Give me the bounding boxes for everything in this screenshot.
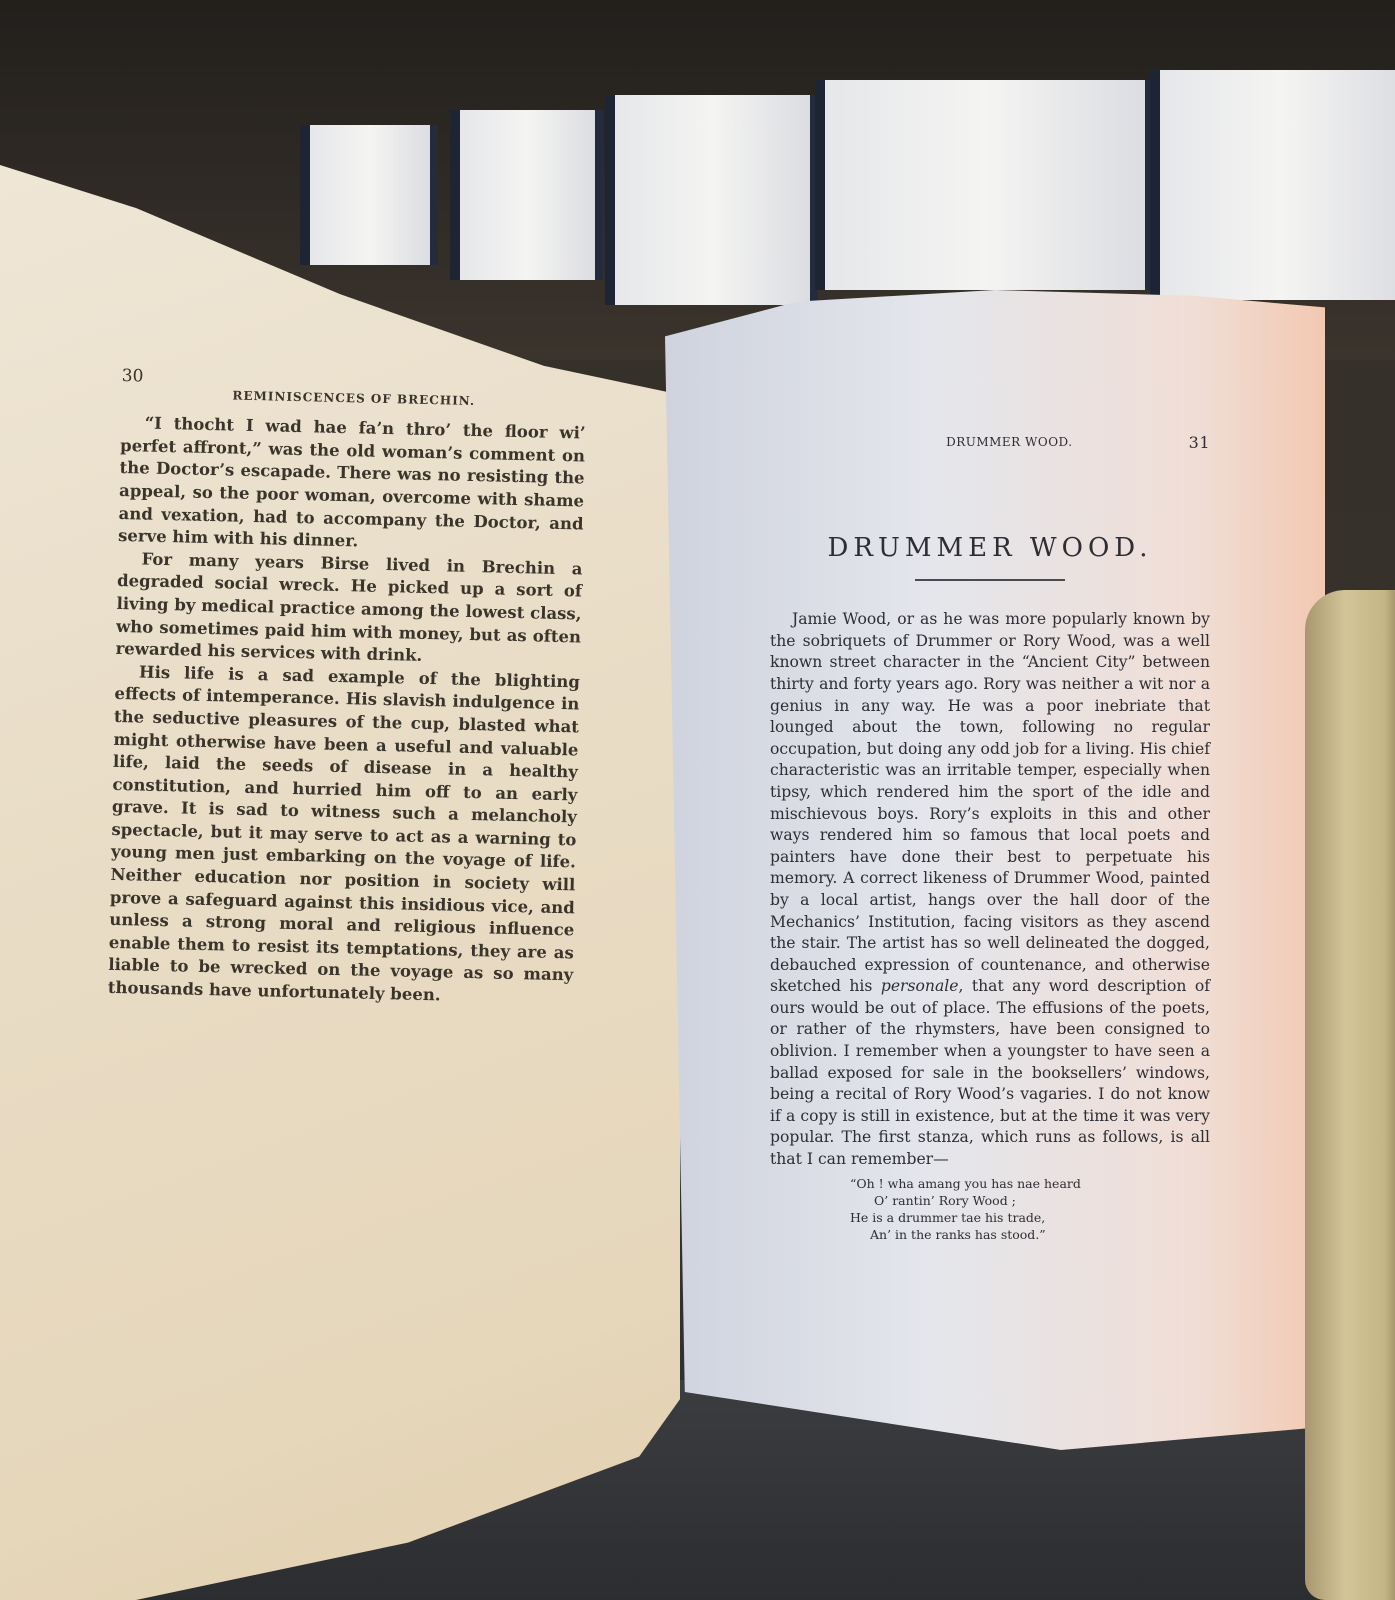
paragraph: Jamie Wood, or as he was more popularly … bbox=[770, 609, 1210, 1170]
verse-line: He is a drummer tae his trade, bbox=[850, 1209, 1210, 1226]
running-head-right: DRUMMER WOOD. bbox=[946, 432, 1072, 454]
page-number-right: 31 bbox=[1189, 432, 1210, 454]
left-page-text: 30 REMINISCENCES OF BRECHIN. “I thocht I… bbox=[108, 365, 587, 1010]
title-rule bbox=[915, 579, 1065, 581]
background-book-1 bbox=[300, 125, 438, 265]
background-book-3 bbox=[605, 95, 818, 305]
verse-stanza: “Oh ! wha amang you has nae heard O’ ran… bbox=[850, 1175, 1210, 1243]
right-page-text: DRUMMER WOOD. 31 DRUMMER WOOD. Jamie Woo… bbox=[770, 432, 1210, 1243]
page-header-right: DRUMMER WOOD. 31 bbox=[770, 432, 1210, 454]
paragraph: For many years Birse lived in Brechin a … bbox=[115, 548, 582, 671]
background-book-2 bbox=[450, 110, 603, 280]
italic-word: personale bbox=[881, 977, 959, 995]
verse-line: O’ rantin’ Rory Wood ; bbox=[850, 1192, 1210, 1209]
background-book-4 bbox=[815, 80, 1153, 290]
paragraph: “I thocht I wad hae fa’n thro’ the floor… bbox=[118, 412, 586, 558]
verse-line: “Oh ! wha amang you has nae heard bbox=[850, 1175, 1210, 1192]
verse-line: An’ in the ranks has stood.” bbox=[850, 1226, 1210, 1243]
background-book-5 bbox=[1150, 70, 1395, 300]
chapter-title: DRUMMER WOOD. bbox=[770, 538, 1210, 560]
paragraph: His life is a sad example of the blighti… bbox=[108, 661, 581, 1010]
candle-jar bbox=[1305, 590, 1395, 1600]
